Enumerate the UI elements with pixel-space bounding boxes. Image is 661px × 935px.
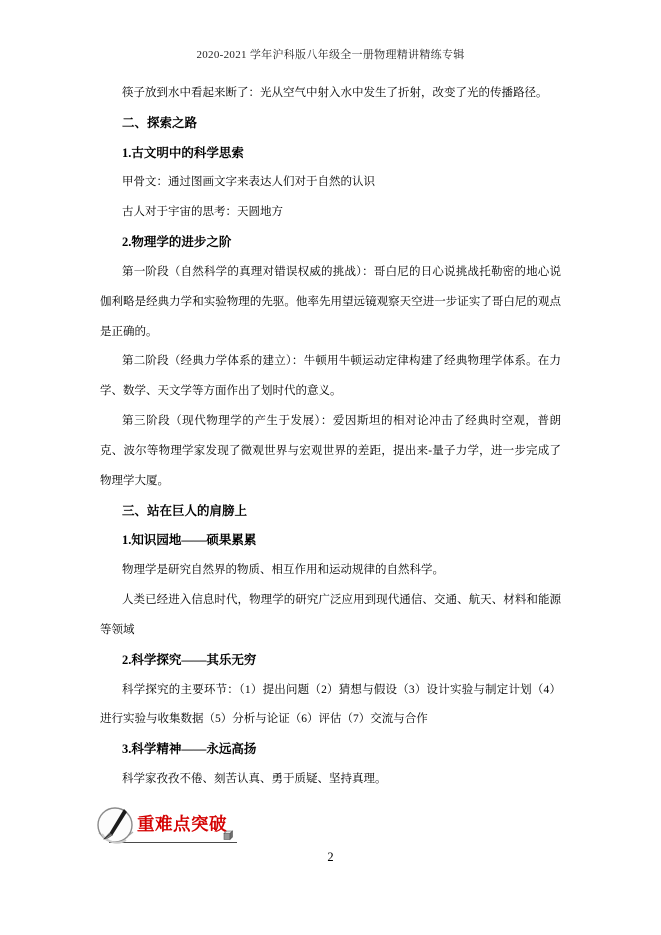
paragraph: 甲骨文：通过图画文字来表达人们对于自然的认识 xyxy=(100,168,561,198)
document-body: 筷子放到水中看起来断了：光从空气中射入水中发生了折射，改变了光的传播路径。 二、… xyxy=(100,79,561,795)
sub-heading: 3.科学精神——永远高扬 xyxy=(100,735,561,765)
sub-heading: 1.知识园地——硕果累累 xyxy=(100,526,561,556)
document-header: 2020-2021 学年沪科版八年级全一册物理精讲精练专辑 xyxy=(0,46,661,62)
key-points-badge: 重难点突破 xyxy=(96,803,266,855)
paragraph: 第二阶段（经典力学体系的建立）：牛顿用牛顿运动定律构建了经典物理学体系。在力学、… xyxy=(100,347,561,407)
section-heading: 二、探索之路 xyxy=(100,109,561,139)
sub-heading: 2.科学探究——其乐无穷 xyxy=(100,646,561,676)
paragraph: 筷子放到水中看起来断了：光从空气中射入水中发生了折射，改变了光的传播路径。 xyxy=(100,79,561,109)
page-number: 2 xyxy=(0,850,661,865)
paragraph: 古人对于宇宙的思考：天圆地方 xyxy=(100,198,561,228)
badge-label: 重难点突破 xyxy=(137,811,227,836)
paragraph: 第一阶段（自然科学的真理对错误权威的挑战）：哥白尼的日心说挑战托勒密的地心说伽利… xyxy=(100,258,561,347)
sub-heading: 1.古文明中的科学思索 xyxy=(100,139,561,169)
document-page: { "document": { "header": "2020-2021 学年沪… xyxy=(0,0,661,935)
sub-heading: 2.物理学的进步之阶 xyxy=(100,228,561,258)
pen-circle-icon xyxy=(96,805,136,852)
paragraph: 第三阶段（现代物理学的产生于发展）：爱因斯坦的相对论冲击了经典时空观，普朗克、波… xyxy=(100,407,561,496)
paragraph: 科学探究的主要环节：（1）提出问题（2）猜想与假设（3）设计实验与制定计划（4）… xyxy=(100,676,561,736)
paragraph: 物理学是研究自然界的物质、相互作用和运动规律的自然科学。 xyxy=(100,556,561,586)
paragraph: 人类已经进入信息时代，物理学的研究广泛应用到现代通信、交通、航天、材料和能源等领… xyxy=(100,586,561,646)
section-heading: 三、站在巨人的肩膀上 xyxy=(100,497,561,527)
cube-icon xyxy=(223,828,234,846)
paragraph: 科学家孜孜不倦、刻苦认真、勇于质疑、坚持真理。 xyxy=(100,765,561,795)
